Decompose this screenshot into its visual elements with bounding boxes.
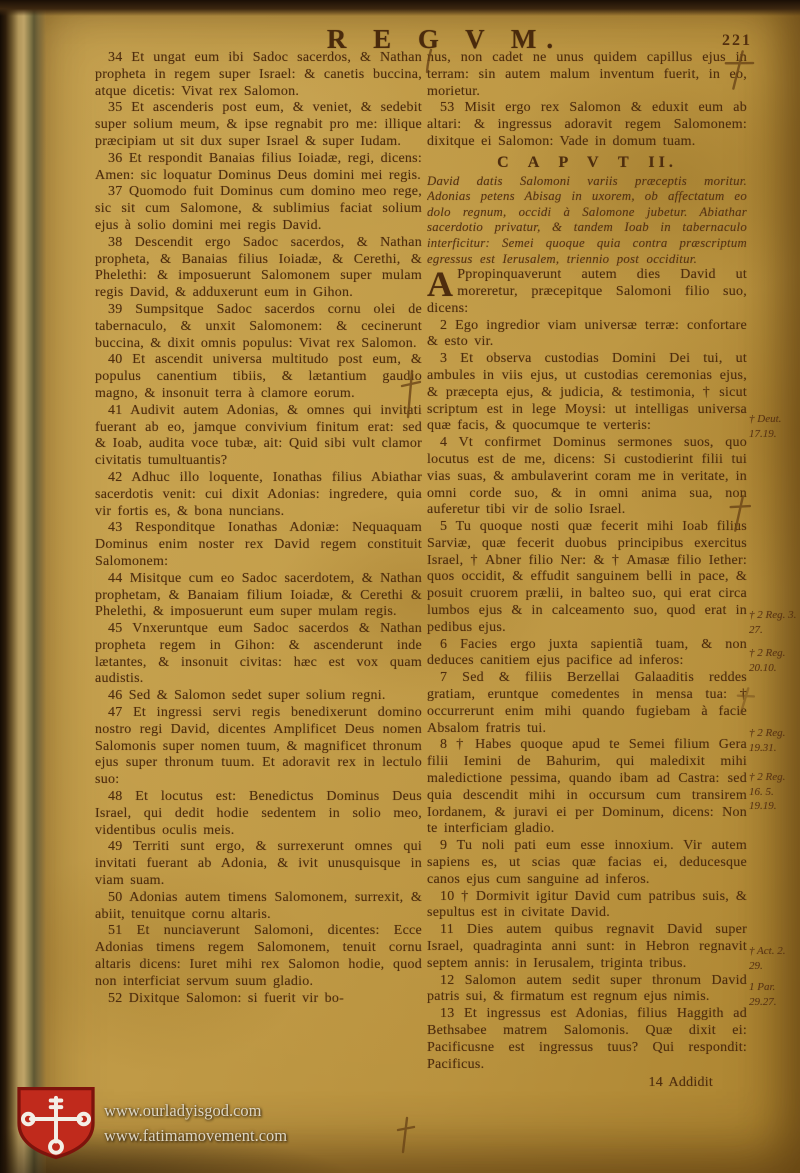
verse-paragraph: 46 Sed & Salomon sedet super solium regn… xyxy=(95,688,422,705)
verse-paragraph: 12 Salomon autem sedit super thronum Dav… xyxy=(427,973,747,1007)
verse-paragraph: 6 Facies ergo juxta sapientiã tuam, & no… xyxy=(427,637,747,671)
watermark: www.ourladyisgod.com www.fatimamovement.… xyxy=(16,1086,287,1160)
margin-note: † 2 Reg. 20.10. xyxy=(749,646,799,675)
verse-paragraph: 52 Dixitque Salomon: si fuerit vir bo- xyxy=(95,991,422,1008)
page-top-edge-shadow xyxy=(0,0,800,16)
handwritten-stroke xyxy=(424,48,434,74)
verse-1-text: Ppropinquaverunt autem dies David ut mor… xyxy=(427,267,747,316)
verse-paragraph: 38 Descendit ergo Sadoc sacerdos, & Nath… xyxy=(95,235,422,302)
verse-paragraph: 5 Tu quoque nosti quæ fecerit mihi Ioab … xyxy=(427,519,747,637)
verse-paragraph: 2 Ego ingredior viam universæ terræ: con… xyxy=(427,318,747,352)
verse-paragraph: 9 Tu noli pati eum esse innoxium. Vir au… xyxy=(427,838,747,888)
chapter-argument: David datis Salomoni variis præceptis mo… xyxy=(427,174,747,268)
fatima-shield-logo xyxy=(16,1086,96,1160)
verse-paragraph: 44 Misitque cum eo Sadoc sacerdotem, & N… xyxy=(95,571,422,621)
verse-paragraph: 39 Sumpsitque Sadoc sacerdos cornu olei … xyxy=(95,302,422,352)
verse-paragraph: 47 Et ingressi servi regis benedixerunt … xyxy=(95,705,422,789)
verse-paragraph: 42 Adhuc illo loquente, Ionathas filius … xyxy=(95,470,422,520)
handwritten-cross-icon xyxy=(395,1116,417,1154)
verse-paragraph: 40 Et ascendit universa multitudo post e… xyxy=(95,352,422,402)
margin-note: † 2 Reg. 16. 5. 19.19. xyxy=(749,770,799,814)
handwritten-cross-icon xyxy=(399,368,423,420)
verse-paragraph: 43 Responditque Ionathas Adoniæ: Nequaqu… xyxy=(95,520,422,570)
catchword: 14 Addidit xyxy=(427,1075,747,1092)
verse-continuation: nus, non cadet ne unus quidem capillus e… xyxy=(427,50,747,100)
verse-paragraph: 4 Vt confirmet Dominus sermones suos, qu… xyxy=(427,435,747,519)
margin-note: † 2 Reg. 3. 27. xyxy=(749,608,799,637)
watermark-url-1: www.ourladyisgod.com xyxy=(104,1098,287,1123)
verse-paragraph: 51 Et nunciaverunt Salomoni, dicentes: E… xyxy=(95,923,422,990)
verse-paragraph: 13 Et ingressus est Adonias, filius Hagg… xyxy=(427,1006,747,1073)
handwritten-cross-icon xyxy=(724,493,754,535)
margin-note: † Act. 2. 29. xyxy=(749,944,799,973)
verse-paragraph: 34 Et ungat eum ibi Sadoc sacerdos, & Na… xyxy=(95,50,422,100)
verse-paragraph: 53 Misit ergo rex Salomon & eduxit eum a… xyxy=(427,100,747,150)
verse-paragraph: 45 Vnxeruntque eum Sadoc sacerdos & Nath… xyxy=(95,621,422,688)
verse-paragraph: 35 Et ascenderis post eum, & veniet, & s… xyxy=(95,100,422,150)
verse-paragraph: 36 Et respondit Banaias filius Ioiadæ, r… xyxy=(95,151,422,185)
left-text-column: 34 Et ungat eum ibi Sadoc sacerdos, & Na… xyxy=(95,50,422,1135)
verse-paragraph: 7 Sed & filiis Berzellai Galaaditis redd… xyxy=(427,670,747,737)
chapter-heading: C A P V T II. xyxy=(427,155,747,172)
handwritten-cross-icon xyxy=(717,46,759,95)
book-page-scan: R E G V M. 221 34 Et ungat eum ibi Sadoc… xyxy=(0,0,800,1173)
margin-note: † Deut. 17.19. xyxy=(749,412,799,441)
verse-paragraph: 41 Audivit autem Adonias, & omnes qui in… xyxy=(95,403,422,470)
verse-paragraph: APpropinquaverunt autem dies David ut mo… xyxy=(427,267,747,317)
verse-paragraph: 37 Quomodo fuit Dominus cum domino meo r… xyxy=(95,184,422,234)
verse-paragraph: 49 Territi sunt ergo, & surrexerunt omne… xyxy=(95,839,422,889)
right-text-column: nus, non cadet ne unus quidem capillus e… xyxy=(427,50,747,1150)
verse-paragraph: 48 Et locutus est: Benedictus Dominus De… xyxy=(95,789,422,839)
verse-paragraph: 8 † Habes quoque apud te Semei filium Ge… xyxy=(427,737,747,838)
verse-paragraph: 10 † Dormivit igitur David cum patribus … xyxy=(427,889,747,923)
book-binding-gutter xyxy=(0,0,46,1173)
watermark-url-2: www.fatimamovement.com xyxy=(104,1123,287,1148)
verse-paragraph: 50 Adonias autem timens Salomonem, surre… xyxy=(95,890,422,924)
verse-paragraph: 3 Et observa custodias Domini Dei tui, u… xyxy=(427,351,747,435)
margin-note: 1 Par. 29.27. xyxy=(749,980,799,1009)
margin-note: † 2 Reg. 19.31. xyxy=(749,726,799,755)
verse-paragraph: 11 Dies autem quibus regnavit David supe… xyxy=(427,922,747,972)
drop-cap: A xyxy=(427,269,453,299)
